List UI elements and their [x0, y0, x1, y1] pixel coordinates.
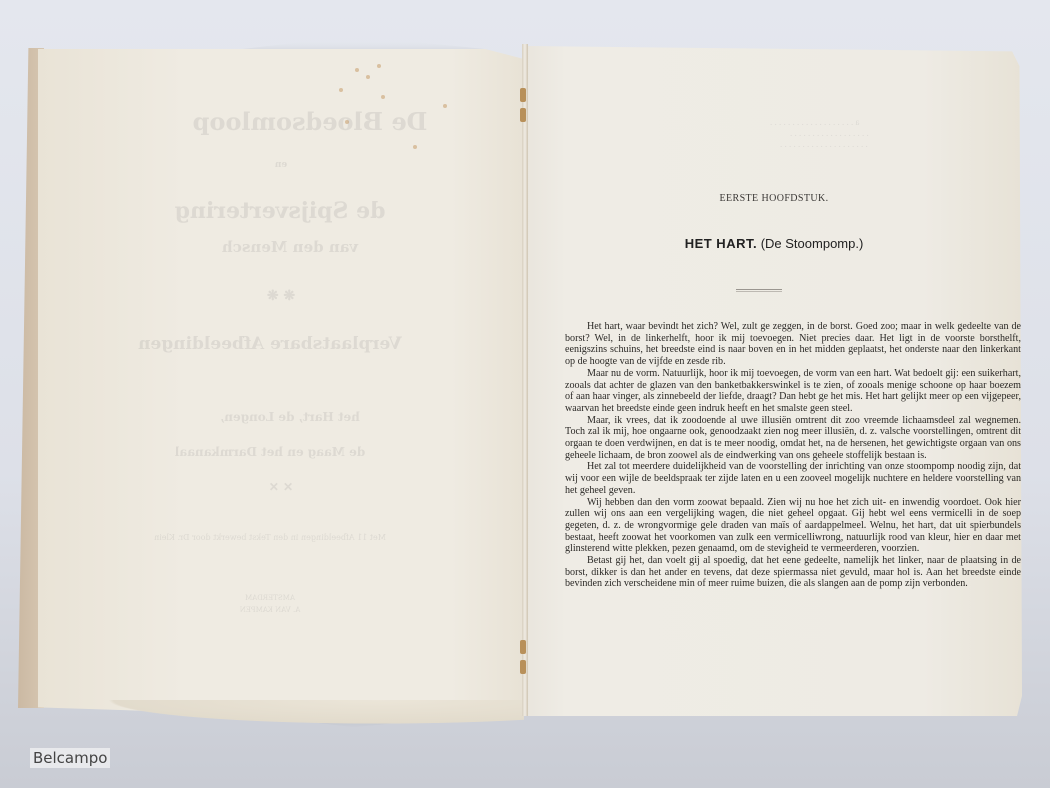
- binding-stitch: [520, 88, 526, 102]
- foxing-spot: [339, 88, 343, 92]
- ghost-title-line: van den Mensch: [140, 238, 440, 256]
- ghost-title-line: en: [38, 160, 524, 170]
- paragraph: Betast gij het, dan voelt gij al spoedig…: [565, 555, 1021, 590]
- chapter-body: Het hart, waar bevindt het zich? Wel, zu…: [565, 321, 1021, 590]
- foxing-spot: [381, 95, 385, 99]
- foxing-spot: [443, 104, 447, 108]
- chapter-title-main: HET HART.: [685, 236, 757, 251]
- title-divider: [736, 289, 782, 292]
- foxing-spot: [413, 145, 417, 149]
- book-spine: [522, 44, 528, 716]
- photo-scene: De Bloedsomloop en de Spijsvertering van…: [0, 0, 1050, 788]
- paragraph: Wij hebben dan den vorm zoowat bepaald. …: [565, 497, 1021, 556]
- ghost-title-line: het Hart, de Longen,: [130, 410, 450, 424]
- binding-stitch: [520, 108, 526, 122]
- ghost-title-line: Verplaatsbare Afbeeldingen: [60, 334, 480, 354]
- ornament-icon: ✕ ✕: [38, 480, 524, 494]
- ghost-title-line: de Spijsvertering: [90, 198, 470, 224]
- foxing-spot: [355, 68, 359, 72]
- ghost-text: . . . . . . . . . . . . . . . . . . . .: [780, 139, 868, 149]
- watermark-label: Belcampo: [30, 748, 110, 768]
- ghost-text: . . . . . . . . . . . . . . . . . .: [790, 128, 869, 138]
- paragraph: Maar, ik vrees, dat ik zoodoende al uwe …: [565, 415, 1021, 462]
- paragraph: Het hart, waar bevindt het zich? Wel, zu…: [565, 321, 1021, 368]
- ornament-icon: ❋ ❋: [38, 288, 524, 304]
- paragraph: Het zal tot meerdere duidelijkheid van d…: [565, 461, 1021, 496]
- foxing-spot: [377, 64, 381, 68]
- left-page-curl: [38, 700, 524, 730]
- ghost-title-line: AMSTERDAM: [200, 594, 340, 602]
- paragraph: Maar nu de vorm. Natuurlijk, hoor ik mij…: [565, 368, 1021, 415]
- foxing-spot: [345, 120, 349, 124]
- ghost-title-line: Met 11 Afbeeldingen in den Tekst bewerkt…: [60, 533, 480, 542]
- ghost-title-line: A. VAN KAMPEN: [200, 606, 340, 614]
- foxing-spot: [366, 75, 370, 79]
- ghost-title-line: de Maag en het Darmkanaal: [100, 445, 440, 459]
- chapter-subtitle: (De Stoompomp.): [761, 236, 864, 251]
- chapter-title: HET HART. (De Stoompomp.): [526, 236, 1022, 251]
- ghost-text: a . . . . . . . . . . . . . . . . . . .: [770, 117, 860, 127]
- left-page: [38, 49, 524, 714]
- binding-stitch: [520, 640, 526, 654]
- ghost-title-line: De Bloedsomloop: [120, 107, 500, 136]
- chapter-label: EERSTE HOOFDSTUK.: [526, 193, 1022, 204]
- binding-stitch: [520, 660, 526, 674]
